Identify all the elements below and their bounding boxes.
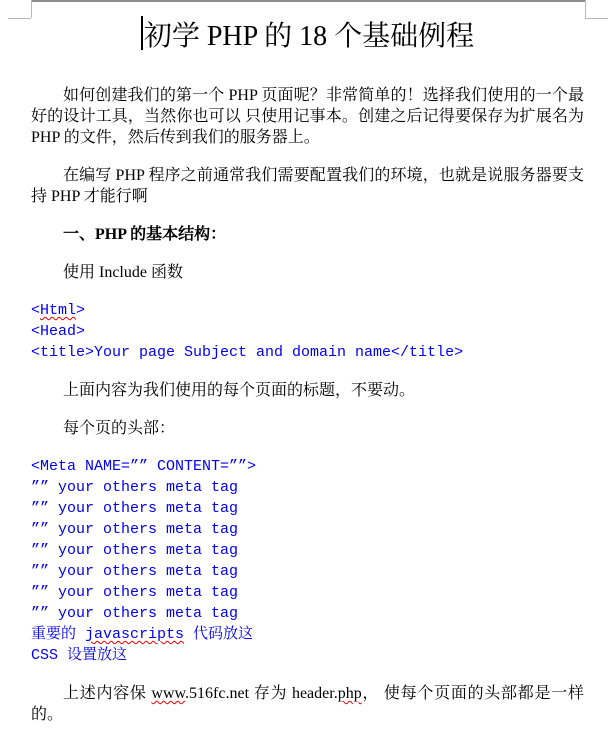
include-function-line: 使用 Include 函数: [31, 262, 584, 283]
angle-open: <: [31, 302, 40, 319]
code-line-javascripts: 重要的 javascripts 代码放这: [31, 624, 584, 645]
section-heading-basic-structure: 一、PHP 的基本结构：: [31, 224, 584, 245]
closing-paragraph: 上述内容保 www.516fc.net 存为 header.php， 使每个页面…: [31, 683, 584, 725]
code-line-meta-tag-3: ”” your others meta tag: [31, 519, 584, 540]
code-line-css: CSS 设置放这: [31, 645, 584, 666]
code-block-html-skeleton: <Html> <Head> <title>Your page Subject a…: [31, 300, 584, 363]
js-line-suffix: 代码放这: [184, 626, 253, 643]
js-line-prefix: 重要的: [31, 626, 85, 643]
code-line-meta-tag-1: ”” your others meta tag: [31, 477, 584, 498]
code-line-title-tag: <title>Your page Subject and domain name…: [31, 342, 584, 363]
text-cursor: [141, 16, 143, 50]
misspelled-word-javascripts: javascripts: [85, 626, 184, 643]
code-block-meta-tags: <Meta NAME=”” CONTENT=””> ”” your others…: [31, 456, 584, 666]
code-line-head-tag: <Head>: [31, 321, 584, 342]
paragraph-intro-1: 如何创建我们的第一个 PHP 页面呢？非常简单的！选择我们使用的一个最好的设计工…: [31, 85, 584, 148]
note-page-header: 每个页的头部：: [31, 418, 584, 439]
note-about-title: 上面内容为我们使用的每个页面的标题，不要动。: [31, 380, 584, 401]
code-line-meta-tag-6: ”” your others meta tag: [31, 582, 584, 603]
document-title: 初学 PHP 的 18 个基础例程: [31, 16, 584, 57]
document-title-text: 初学 PHP 的 18 个基础例程: [144, 21, 474, 52]
paragraph-intro-2: 在编写 PHP 程序之前通常我们需要配置我们的环境，也就是说服务器要支持 PHP…: [31, 165, 584, 207]
closing-text-mid: .516fc.net 存为 header.: [185, 685, 338, 702]
closing-text-pre: 上述内容保: [63, 685, 151, 702]
misspelled-word-php: php: [338, 685, 362, 702]
code-line-meta: <Meta NAME=”” CONTENT=””>: [31, 456, 584, 477]
code-line-meta-tag-7: ”” your others meta tag: [31, 603, 584, 624]
misspelled-word-html: Html: [40, 302, 76, 319]
angle-close: >: [76, 302, 85, 319]
misspelled-word-www: www: [151, 685, 185, 702]
text-area[interactable]: 初学 PHP 的 18 个基础例程 如何创建我们的第一个 PHP 页面呢？非常简…: [0, 0, 613, 725]
code-line-meta-tag-2: ”” your others meta tag: [31, 498, 584, 519]
code-line-meta-tag-4: ”” your others meta tag: [31, 540, 584, 561]
code-line-html-tag: <Html>: [31, 300, 584, 321]
code-line-meta-tag-5: ”” your others meta tag: [31, 561, 584, 582]
